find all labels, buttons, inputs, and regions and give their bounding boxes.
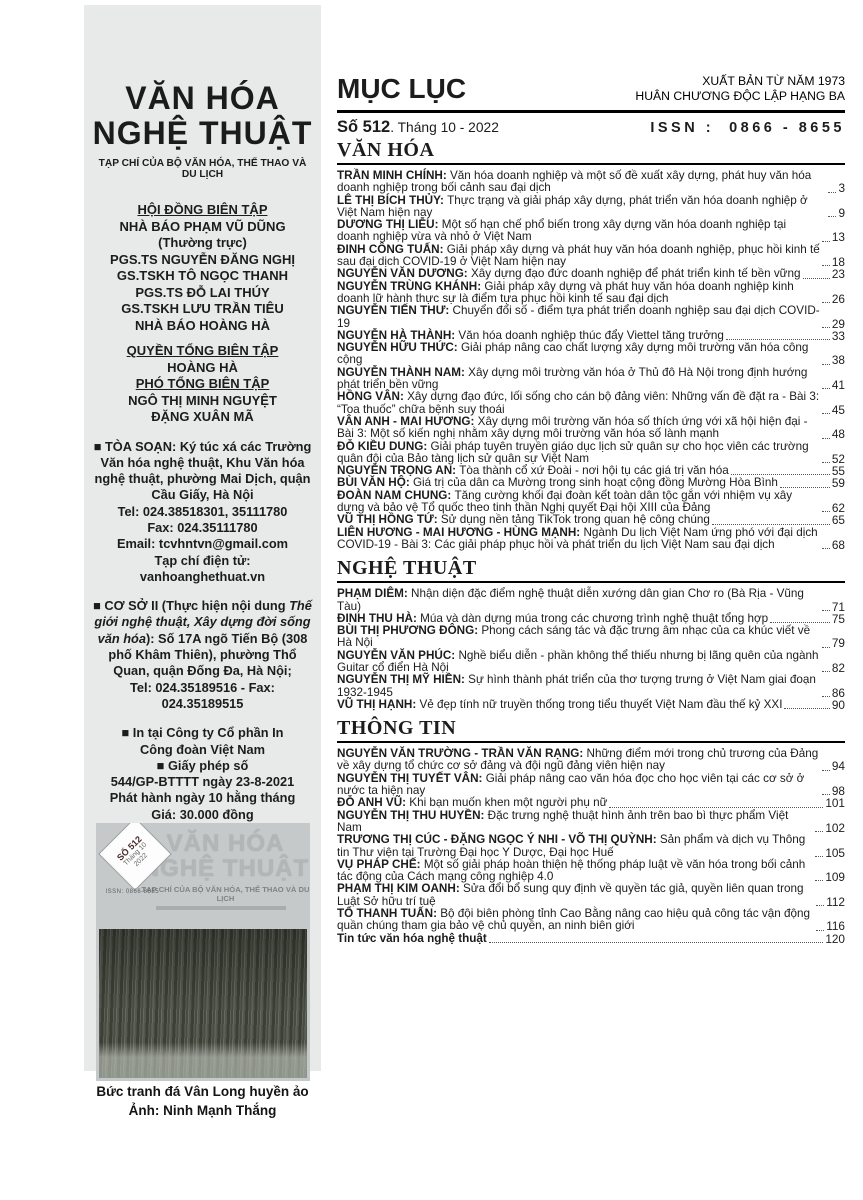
page-number: 48	[832, 428, 845, 440]
toc-entry-text: TỔ THANH TUẤN: Bộ đội biên phòng tỉnh Ca…	[337, 908, 814, 933]
dot-leader	[822, 241, 830, 242]
contents-column: MỤC LỤC XUẤT BẢN TỪ NĂM 1973 HUÂN CHƯƠNG…	[337, 74, 845, 945]
page-number: 112	[826, 896, 845, 908]
office-address: ■ TÒA SOẠN: Ký túc xá các Trường Văn hóa…	[92, 439, 313, 586]
toc-entry-text: LIÊN HƯƠNG - MAI HƯƠNG - HÙNG MẠNH: Ngàn…	[337, 527, 820, 552]
office-fax: Fax: 024.35111780	[147, 520, 257, 535]
toc-entry: DƯƠNG THỊ LIỄU: Một số hạn chế phổ biến …	[337, 219, 845, 244]
deputy-eic-list: NGÔ THỊ MINH NGUYỆTĐẶNG XUÂN MÃ	[92, 393, 313, 426]
toc-entry-text: NGUYỄN VĂN TRƯỜNG - TRẦN VĂN RẠNG: Những…	[337, 748, 820, 773]
page-number: 75	[832, 613, 845, 625]
toc-entry: NGUYỄN VĂN PHÚC: Nghề biểu diễn - phần k…	[337, 650, 845, 675]
toc-entry: BÙI THỊ PHƯƠNG ĐÔNG: Phong cách sáng tác…	[337, 625, 845, 650]
toc-entry-text: VÂN ANH - MAI HƯƠNG: Xây dựng môi trường…	[337, 416, 820, 441]
branch-tel-fax: Tel: 024.35189516 - Fax: 024.35189515	[130, 680, 275, 711]
contents-header: MỤC LỤC XUẤT BẢN TỪ NĂM 1973 HUÂN CHƯƠNG…	[337, 74, 845, 113]
page-number: 102	[825, 822, 845, 834]
page-number: 101	[825, 797, 845, 809]
license-line1: ■ Giấy phép số	[157, 758, 249, 773]
toc-entry-text: LÊ THỊ BÍCH THỦY: Thực trạng và giải phá…	[337, 195, 826, 220]
toc-entry-author: ĐỖ KIỀU DUNG:	[337, 440, 431, 453]
magazine-logo-line1: VĂN HÓA	[92, 81, 313, 116]
dot-leader	[822, 413, 830, 414]
page-number: 120	[825, 933, 845, 945]
toc-entry: ĐOÀN NAM CHUNG: Tăng cường khối đại đoàn…	[337, 490, 845, 515]
toc-entry: ĐINH CÔNG TUẤN: Giải pháp xây dựng và ph…	[337, 244, 845, 269]
toc-entry-author: VỤ PHÁP CHẾ:	[337, 858, 424, 871]
toc-entry: PHẠM DIÊM: Nhận diện đặc điểm nghệ thuật…	[337, 588, 845, 613]
toc-entry: TỔ THANH TUẤN: Bộ đội biên phòng tỉnh Ca…	[337, 908, 845, 933]
cover-caption-line1: Bức tranh đá Vân Long huyền ảo	[84, 1082, 321, 1101]
toc-entry-author: PHẠM DIÊM:	[337, 587, 411, 600]
magazine-logo-line2: NGHỆ THUẬT	[92, 116, 313, 151]
dot-leader	[816, 905, 824, 906]
dot-leader	[822, 647, 830, 648]
printer-line1: ■ In tại Công ty Cổ phần In	[122, 725, 284, 740]
toc-entry-text: NGUYỄN HỮU THỨC: Giải pháp nâng cao chất…	[337, 342, 820, 367]
toc-entry: NGUYỄN TIẾN THƯ: Chuyển đổi số - điểm tự…	[337, 305, 845, 330]
branch-address: ■ CƠ SỞ II (Thực hiện nội dung Thế giới …	[92, 598, 313, 712]
toc-entry-author: NGUYỄN HÀ THÀNH:	[337, 329, 458, 342]
page-number: 116	[826, 920, 845, 932]
toc-entry-text: DƯƠNG THỊ LIỄU: Một số hạn chế phổ biến …	[337, 219, 820, 244]
page-number: 38	[832, 354, 845, 366]
magazine-tagline: TẠP CHÍ CỦA BỘ VĂN HÓA, THỂ THAO VÀ DU L…	[92, 158, 313, 180]
dot-leader	[815, 880, 823, 881]
page-number: 109	[825, 871, 845, 883]
dot-leader	[822, 696, 830, 697]
print-license-info: ■ In tại Công ty Cổ phần In Công đoàn Vi…	[92, 725, 313, 823]
published-since: XUẤT BẢN TỪ NĂM 1973	[635, 74, 845, 89]
deputy-eic-name: NGÔ THỊ MINH NGUYỆT	[92, 393, 313, 410]
toc-entry-author: VŨ THỊ HẠNH:	[337, 698, 419, 711]
dot-leader	[770, 622, 830, 623]
publisher-honors: XUẤT BẢN TỪ NĂM 1973 HUÂN CHƯƠNG ĐỘC LẬP…	[635, 74, 845, 104]
toc-entry-text: TRƯƠNG THỊ CÚC - ĐẶNG NGỌC Ý NHI - VÕ TH…	[337, 834, 813, 859]
office-tel: Tel: 024.38518301, 35111780	[118, 504, 288, 519]
dot-leader	[712, 524, 830, 525]
release-schedule: Phát hành ngày 10 hằng tháng	[110, 790, 296, 805]
page-number: 65	[832, 514, 845, 526]
toc-entry-author: NGUYỄN VĂN PHÚC:	[337, 649, 458, 662]
toc-entry: ĐỖ KIỀU DUNG: Giải pháp tuyên truyền giá…	[337, 441, 845, 466]
page-number: 33	[832, 330, 845, 342]
toc-entry: NGUYỄN THỊ THU HUYỀN: Đặc trưng nghệ thu…	[337, 810, 845, 835]
sidebar: VĂN HÓA NGHỆ THUẬT TẠP CHÍ CỦA BỘ VĂN HÓ…	[84, 5, 321, 1071]
toc-entry: TRẦN MINH CHÍNH: Văn hóa doanh nghiệp và…	[337, 170, 845, 195]
dot-leader	[822, 265, 830, 266]
page-number: 82	[832, 662, 845, 674]
toc-entry-text: ĐOÀN NAM CHUNG: Tăng cường khối đại đoàn…	[337, 490, 820, 515]
toc-entry-text: VŨ THỊ HẠNH: Vẻ đẹp tính nữ truyền thống…	[337, 699, 782, 711]
dot-leader	[822, 302, 830, 303]
page-number: 23	[832, 268, 845, 280]
toc-entry-text: NGUYỄN THÀNH NAM: Xây dựng môi trường vă…	[337, 367, 820, 392]
page-number: 68	[832, 539, 845, 551]
page-number: 3	[838, 182, 845, 194]
dot-leader	[822, 388, 830, 389]
toc-entry-author: NGUYỄN VĂN DƯƠNG:	[337, 267, 471, 280]
toc-entry: NGUYỄN TRÙNG KHÁNH: Giải pháp xây dựng v…	[337, 281, 845, 306]
issue-number: Số 512. Tháng 10 - 2022	[337, 118, 499, 137]
toc-entry-author: ĐỖ ANH VŨ:	[337, 796, 409, 809]
toc-entry-author: HỒNG VÂN:	[337, 390, 407, 403]
dot-leader	[822, 794, 830, 795]
page-number: 90	[832, 699, 845, 711]
dot-leader	[726, 339, 830, 340]
acting-eic-name: HOÀNG HÀ	[92, 360, 313, 377]
toc-entry-text: TRẦN MINH CHÍNH: Văn hóa doanh nghiệp và…	[337, 170, 826, 195]
page-number: 41	[832, 379, 845, 391]
dot-leader	[822, 770, 830, 771]
page-number: 105	[825, 847, 845, 859]
toc-entry: LIÊN HƯƠNG - MAI HƯƠNG - HÙNG MẠNH: Ngàn…	[337, 527, 845, 552]
editorial-board-member: (Thường trực)	[92, 235, 313, 252]
page-number: 26	[832, 293, 845, 305]
page-number: 29	[832, 318, 845, 330]
dot-leader	[822, 438, 830, 439]
dot-leader	[731, 474, 830, 475]
editorial-board-list: NHÀ BÁO PHẠM VŨ DŨNG(Thường trực)PGS.TS …	[92, 219, 313, 335]
cover-photo	[99, 929, 307, 1078]
office-website: Tạp chí điện tử: vanhoanghethuat.vn	[140, 553, 265, 584]
toc-entry-text: NGUYỄN VĂN PHÚC: Nghề biểu diễn - phần k…	[337, 650, 820, 675]
editorial-board-member: NHÀ BÁO PHẠM VŨ DŨNG	[92, 219, 313, 236]
editorial-board-member: PGS.TS NGUYỄN ĐĂNG NGHỊ	[92, 252, 313, 269]
cover-issn: ISSN: 0866-8655	[106, 889, 160, 895]
toc-entry-text: PHẠM DIÊM: Nhận diện đặc điểm nghệ thuật…	[337, 588, 820, 613]
dot-leader	[822, 327, 830, 328]
toc-entry: Tin tức văn hóa nghệ thuật120	[337, 933, 845, 945]
toc-entry-author: NGUYỄN VĂN TRƯỜNG - TRẦN VĂN RẠNG:	[337, 747, 587, 760]
toc-entry-author: BÙI VĂN HỘ:	[337, 476, 413, 489]
toc-entry-author: ĐINH THU HÀ:	[337, 612, 420, 625]
toc-entry-author: TRƯƠNG THỊ CÚC - ĐẶNG NGỌC Ý NHI - VÕ TH…	[337, 833, 660, 846]
toc-entry-text: NGUYỄN THỊ MỸ HIỀN: Sự hình thành phát t…	[337, 674, 820, 699]
toc-entry: NGUYỄN VĂN TRƯỜNG - TRẦN VĂN RẠNG: Những…	[337, 748, 845, 773]
editorial-board-member: NHÀ BÁO HOÀNG HÀ	[92, 318, 313, 335]
cover-caption: Bức tranh đá Vân Long huyền ảo Ảnh: Ninh…	[84, 1082, 321, 1120]
toc-entry-author: NGUYỄN TRỌNG AN:	[337, 464, 459, 477]
toc-entry: VŨ THỊ HẠNH: Vẻ đẹp tính nữ truyền thống…	[337, 699, 845, 711]
toc-entry: PHẠM THỊ KIM OANH: Sửa đổi bổ sung quy đ…	[337, 883, 845, 908]
toc-entry-author: NGUYỄN TIẾN THƯ:	[337, 304, 453, 317]
page-number: 9	[838, 207, 845, 219]
dot-leader	[816, 930, 824, 931]
dot-leader	[815, 831, 823, 832]
dot-leader	[489, 942, 824, 943]
dot-leader	[822, 548, 830, 549]
toc-sections: VĂN HÓATRẦN MINH CHÍNH: Văn hóa doanh ng…	[337, 139, 845, 945]
toc-entry-text: ĐINH CÔNG TUẤN: Giải pháp xây dựng và ph…	[337, 244, 820, 269]
section-heading: THÔNG TIN	[337, 717, 845, 743]
deputy-eic-heading: PHÓ TỔNG BIÊN TẬP	[92, 376, 313, 393]
toc-entry-text: NGUYỄN TRÙNG KHÁNH: Giải pháp xây dựng v…	[337, 281, 820, 306]
toc-entry-author: LÊ THỊ BÍCH THỦY:	[337, 194, 447, 207]
toc-entry-author: NGUYỄN HỮU THỨC:	[337, 341, 461, 354]
editorial-board-heading: HỘI ĐỒNG BIÊN TẬP	[92, 202, 313, 219]
toc-entry-author: NGUYỄN THỊ THU HUYỀN:	[337, 809, 488, 822]
toc-entry-author: VÂN ANH - MAI HƯƠNG:	[337, 415, 478, 428]
toc-entry: NGUYỄN THÀNH NAM: Xây dựng môi trường vă…	[337, 367, 845, 392]
dot-leader	[828, 192, 836, 193]
dot-leader	[780, 487, 830, 488]
editorial-board-member: GS.TSKH LƯU TRẦN TIÊU	[92, 301, 313, 318]
toc-entry-text: NGUYỄN THỊ THU HUYỀN: Đặc trưng nghệ thu…	[337, 810, 813, 835]
toc-entry-author: ĐINH CÔNG TUẤN:	[337, 243, 447, 256]
dot-leader	[609, 807, 823, 808]
toc-entry-text: VỤ PHÁP CHẾ: Một số giải pháp hoàn thiện…	[337, 859, 813, 884]
cover-caption-line2: Ảnh: Ninh Mạnh Thắng	[84, 1101, 321, 1120]
page-number: 79	[832, 637, 845, 649]
toc-entry-text: BÙI THỊ PHƯƠNG ĐÔNG: Phong cách sáng tác…	[337, 625, 820, 650]
cover-tagline: TẠP CHÍ CỦA BỘ VĂN HÓA, THỂ THAO VÀ DU L…	[142, 885, 310, 903]
toc-entry: LÊ THỊ BÍCH THỦY: Thực trạng và giải phá…	[337, 195, 845, 220]
page-number: 94	[832, 760, 845, 772]
issn: ISSN : 0866 - 8655	[650, 120, 845, 136]
toc-entry: TRƯƠNG THỊ CÚC - ĐẶNG NGỌC Ý NHI - VÕ TH…	[337, 834, 845, 859]
toc-entry-author: NGUYỄN THỊ TUYẾT VÂN:	[337, 772, 486, 785]
page-number: 71	[832, 601, 845, 613]
price: Giá: 30.000 đồng	[151, 807, 253, 822]
dot-leader	[822, 671, 830, 672]
printer-line2: Công đoàn Việt Nam	[140, 742, 265, 757]
page-number: 13	[832, 231, 845, 243]
dot-leader	[803, 278, 830, 279]
license-line2: 544/GP-BTTTT ngày 23-8-2021	[111, 774, 295, 789]
toc-entry: HỒNG VÂN: Xây dựng đạo đức, lối sống cho…	[337, 391, 845, 416]
dot-leader	[822, 364, 830, 365]
deputy-eic-name: ĐẶNG XUÂN MÃ	[92, 409, 313, 426]
toc-entry-author: BÙI THỊ PHƯƠNG ĐÔNG:	[337, 624, 481, 637]
editorial-board-member: GS.TSKH TÔ NGỌC THANH	[92, 268, 313, 285]
toc-entry-author: NGUYỄN THỊ MỸ HIỀN:	[337, 673, 468, 686]
dot-leader	[815, 856, 823, 857]
toc-entry: NGUYỄN THỊ TUYẾT VÂN: Giải pháp nâng cao…	[337, 773, 845, 798]
toc-entry-text: NGUYỄN TIẾN THƯ: Chuyển đổi số - điểm tự…	[337, 305, 820, 330]
toc-entry-author: NGUYỄN TRÙNG KHÁNH:	[337, 280, 484, 293]
toc-entry-author: TRẦN MINH CHÍNH:	[337, 169, 450, 182]
page-number: 45	[832, 404, 845, 416]
section-heading: NGHỆ THUẬT	[337, 557, 845, 583]
toc-entry-author: NGUYỄN THÀNH NAM:	[337, 366, 468, 379]
toc-entry-author: PHẠM THỊ KIM OANH:	[337, 882, 463, 895]
toc-entry-text: ĐỖ KIỀU DUNG: Giải pháp tuyên truyền giá…	[337, 441, 820, 466]
toc-entry-author: TỔ THANH TUẤN:	[337, 907, 440, 920]
toc-entry: VÂN ANH - MAI HƯƠNG: Xây dựng môi trường…	[337, 416, 845, 441]
toc-entry-author: ĐOÀN NAM CHUNG:	[337, 489, 455, 502]
issue-row: Số 512. Tháng 10 - 2022 ISSN : 0866 - 86…	[337, 118, 845, 137]
toc-entry-text: HỒNG VÂN: Xây dựng đạo đức, lối sống cho…	[337, 391, 820, 416]
toc-entry: VỤ PHÁP CHẾ: Một số giải pháp hoàn thiện…	[337, 859, 845, 884]
toc-entry: NGUYỄN HỮU THỨC: Giải pháp nâng cao chất…	[337, 342, 845, 367]
toc-entry: NGUYỄN THỊ MỸ HIỀN: Sự hình thành phát t…	[337, 674, 845, 699]
toc-entry-author: LIÊN HƯƠNG - MAI HƯƠNG - HÙNG MẠNH:	[337, 526, 583, 539]
dot-leader	[784, 708, 829, 709]
dot-leader	[828, 216, 836, 217]
dot-leader	[822, 462, 830, 463]
page-number: 59	[832, 477, 845, 489]
toc-entry-text: PHẠM THỊ KIM OANH: Sửa đổi bổ sung quy đ…	[337, 883, 814, 908]
editorial-board-member: PGS.TS ĐỖ LAI THÚY	[92, 285, 313, 302]
dot-leader	[822, 511, 830, 512]
toc-entry-text: Tin tức văn hóa nghệ thuật	[337, 933, 487, 945]
page-title: MỤC LỤC	[337, 74, 466, 104]
dot-leader	[822, 610, 830, 611]
medal-line: HUÂN CHƯƠNG ĐỘC LẬP HẠNG BA	[635, 89, 845, 104]
cover-subline-bar	[156, 906, 286, 910]
toc-entry-author: DƯƠNG THỊ LIỄU:	[337, 218, 442, 231]
cover-thumbnail: SỐ 512 Tháng 10 2022 ISSN: 0866-8655 VĂN…	[96, 823, 310, 1081]
office-email: Email: tcvhntvn@gmail.com	[117, 536, 288, 551]
acting-eic-heading: QUYỀN TỔNG BIÊN TẬP	[92, 343, 313, 360]
toc-entry-author: VŨ THỊ HỒNG TỨ:	[337, 513, 441, 526]
toc-entry-text: NGUYỄN THỊ TUYẾT VÂN: Giải pháp nâng cao…	[337, 773, 820, 798]
section-heading: VĂN HÓA	[337, 139, 845, 165]
